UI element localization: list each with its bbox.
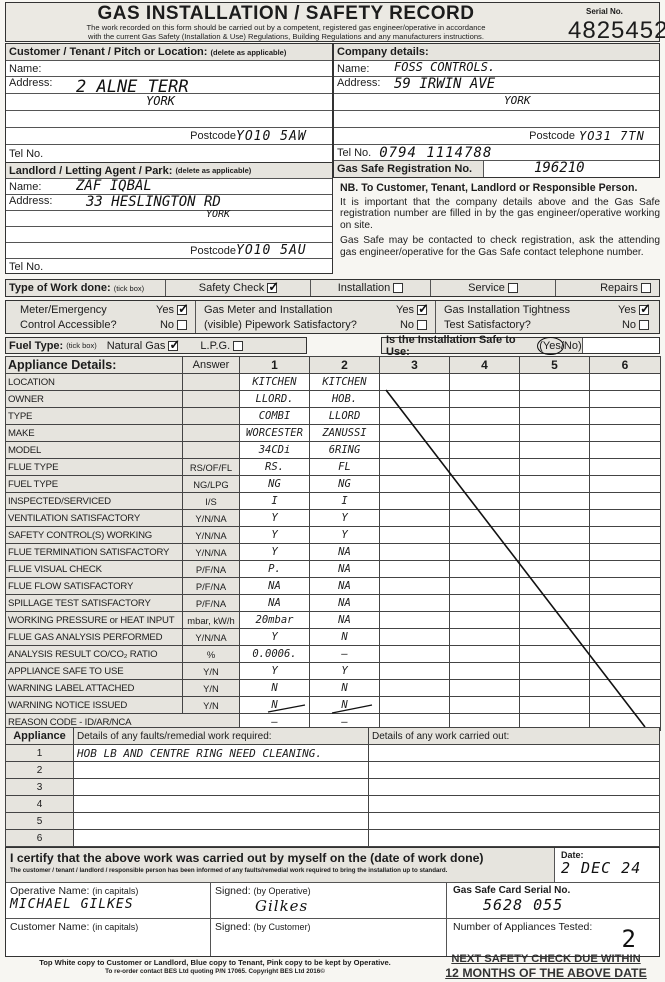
faults-col-appliance: Appliance <box>6 728 74 745</box>
customer-name-sign-note: (in capitals) <box>92 922 138 932</box>
work-carried-out-cell[interactable] <box>369 762 660 779</box>
work-carried-out-cell[interactable] <box>369 745 660 762</box>
appliances-tested-value: 2 <box>622 925 637 953</box>
fault-row-number: 5 <box>6 813 74 830</box>
faults-col-faults: Details of any faults/remedial work requ… <box>74 728 369 745</box>
fault-row: 2 <box>6 762 660 779</box>
operative-signed-label: Signed: <box>215 885 251 897</box>
operative-signed-note: (by Operative) <box>254 886 311 896</box>
fault-row: 5 <box>6 813 660 830</box>
fault-row: 3 <box>6 779 660 796</box>
fault-row: 6 <box>6 830 660 847</box>
fault-row-number: 1 <box>6 745 74 762</box>
operative-name-value: MICHAEL GILKES <box>10 897 206 912</box>
fault-row-number: 4 <box>6 796 74 813</box>
customer-signature-field[interactable]: Signed: (by Customer) <box>211 919 447 956</box>
appliances-tested-label: Number of Appliances Tested: <box>453 921 592 933</box>
certification-statement: I certify that the above work was carrie… <box>10 851 550 865</box>
fault-row-number: 2 <box>6 762 74 779</box>
next-check-notice: NEXT SAFETY CHECK DUE WITHIN 12 MONTHS O… <box>432 953 660 980</box>
work-carried-out-cell[interactable] <box>369 796 660 813</box>
footer-reorder-text: To re-order contact BES Ltd quoting P/N … <box>5 968 425 975</box>
customer-name-sign-label: Customer Name: <box>10 921 89 933</box>
fault-details-cell[interactable] <box>74 762 369 779</box>
operative-signature-field[interactable]: Signed: (by Operative) Gilkes <box>211 883 447 919</box>
date-cell[interactable]: Date: 2 DEC 24 <box>555 848 659 883</box>
footer-copies-text: Top White copy to Customer or Landlord, … <box>5 958 425 967</box>
customer-name-sign-field[interactable]: Customer Name: (in capitals) <box>6 919 211 956</box>
card-serial-field[interactable]: Gas Safe Card Serial No. 5628 055 <box>447 883 659 919</box>
appliances-tested-field[interactable]: Number of Appliances Tested: 2 <box>447 919 659 956</box>
certification-statement-cell: I certify that the above work was carrie… <box>6 848 555 883</box>
fault-row: 4 <box>6 796 660 813</box>
card-serial-label: Gas Safe Card Serial No. <box>453 885 653 896</box>
fault-details-cell[interactable] <box>74 796 369 813</box>
fault-row: 1HOB LB AND CENTRE RING NEED CLEANING. <box>6 745 660 762</box>
fault-row-number: 3 <box>6 779 74 796</box>
fault-details-cell[interactable]: HOB LB AND CENTRE RING NEED CLEANING. <box>74 745 369 762</box>
faults-col-work: Details of any work carried out: <box>369 728 660 745</box>
certification-section: I certify that the above work was carrie… <box>5 847 660 957</box>
faults-table-header: Appliance Details of any faults/remedial… <box>6 728 660 745</box>
fault-row-number: 6 <box>6 830 74 847</box>
customer-signed-label: Signed: <box>215 921 251 933</box>
operative-signature: Gilkes <box>215 897 442 915</box>
work-carried-out-cell[interactable] <box>369 830 660 847</box>
fault-details-cell[interactable] <box>74 830 369 847</box>
footer-copies: Top White copy to Customer or Landlord, … <box>5 958 425 975</box>
operative-name-label: Operative Name: <box>10 885 89 897</box>
fault-details-cell[interactable] <box>74 779 369 796</box>
next-check-line1: NEXT SAFETY CHECK DUE WITHIN <box>432 953 660 965</box>
customer-signed-note: (by Customer) <box>254 922 311 932</box>
operative-name-field[interactable]: Operative Name: (in capitals) MICHAEL GI… <box>6 883 211 919</box>
certification-sub-statement: The customer / tenant / landlord / respo… <box>10 867 550 874</box>
fault-details-cell[interactable] <box>74 813 369 830</box>
work-carried-out-cell[interactable] <box>369 813 660 830</box>
date-value: 2 DEC 24 <box>561 860 653 876</box>
faults-table: Appliance Details of any faults/remedial… <box>5 727 660 847</box>
operative-name-note: (in capitals) <box>92 886 138 896</box>
next-check-line2: 12 MONTHS OF THE ABOVE DATE <box>432 966 660 980</box>
work-carried-out-cell[interactable] <box>369 779 660 796</box>
card-serial-value: 5628 055 <box>453 896 653 914</box>
